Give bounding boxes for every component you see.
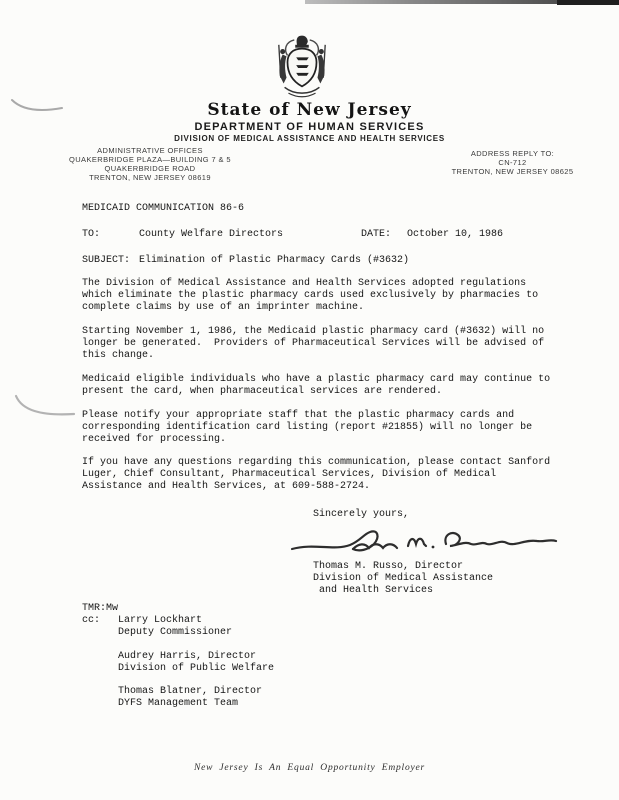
- communication-number: MEDICAID COMMUNICATION 86-6: [82, 203, 244, 215]
- equal-opportunity-footer: New Jersey Is An Equal Opportunity Emplo…: [0, 763, 619, 773]
- paragraph: Medicaid eligible individuals who have a…: [82, 374, 550, 398]
- paragraph: Starting November 1, 1986, the Medicaid …: [82, 326, 544, 362]
- state-seal-icon: [273, 32, 331, 104]
- date-value: October 10, 1986: [407, 229, 503, 241]
- subject-label: SUBJECT:: [82, 255, 130, 267]
- cc-list: Larry Lockhart Deputy Commissioner Audre…: [118, 615, 274, 710]
- closing-salutation: Sincerely yours,: [313, 509, 409, 521]
- department-title: DEPARTMENT OF HUMAN SERVICES: [0, 121, 619, 133]
- to-label: TO:: [82, 229, 100, 241]
- typist-reference: TMR:Mw: [82, 603, 118, 615]
- cc-label: cc:: [82, 615, 100, 627]
- letter-page: State of New Jersey DEPARTMENT OF HUMAN …: [0, 0, 619, 800]
- signer-block: Thomas M. Russo, Director Division of Me…: [313, 561, 493, 597]
- scan-artifact-top-bar-dark: [557, 0, 619, 5]
- to-value: County Welfare Directors: [139, 229, 283, 241]
- scan-artifact-top-bar: [305, 0, 558, 4]
- administrative-offices-address: ADMINISTRATIVE OFFICES QUAKERBRIDGE PLAZ…: [30, 146, 270, 182]
- paragraph: The Division of Medical Assistance and H…: [82, 278, 538, 314]
- subject-value: Elimination of Plastic Pharmacy Cards (#…: [139, 255, 409, 267]
- reply-address: ADDRESS REPLY TO: CN-712 TRENTON, NEW JE…: [420, 149, 605, 176]
- date-label: DATE:: [361, 229, 391, 241]
- paragraph: If you have any questions regarding this…: [82, 457, 550, 493]
- division-title: DIVISION OF MEDICAL ASSISTANCE AND HEALT…: [0, 134, 619, 143]
- state-title: State of New Jersey: [0, 100, 619, 120]
- signature-handwriting: [288, 527, 560, 565]
- scan-artifact-squiggle: [12, 388, 82, 424]
- paragraph: Please notify your appropriate staff tha…: [82, 410, 532, 446]
